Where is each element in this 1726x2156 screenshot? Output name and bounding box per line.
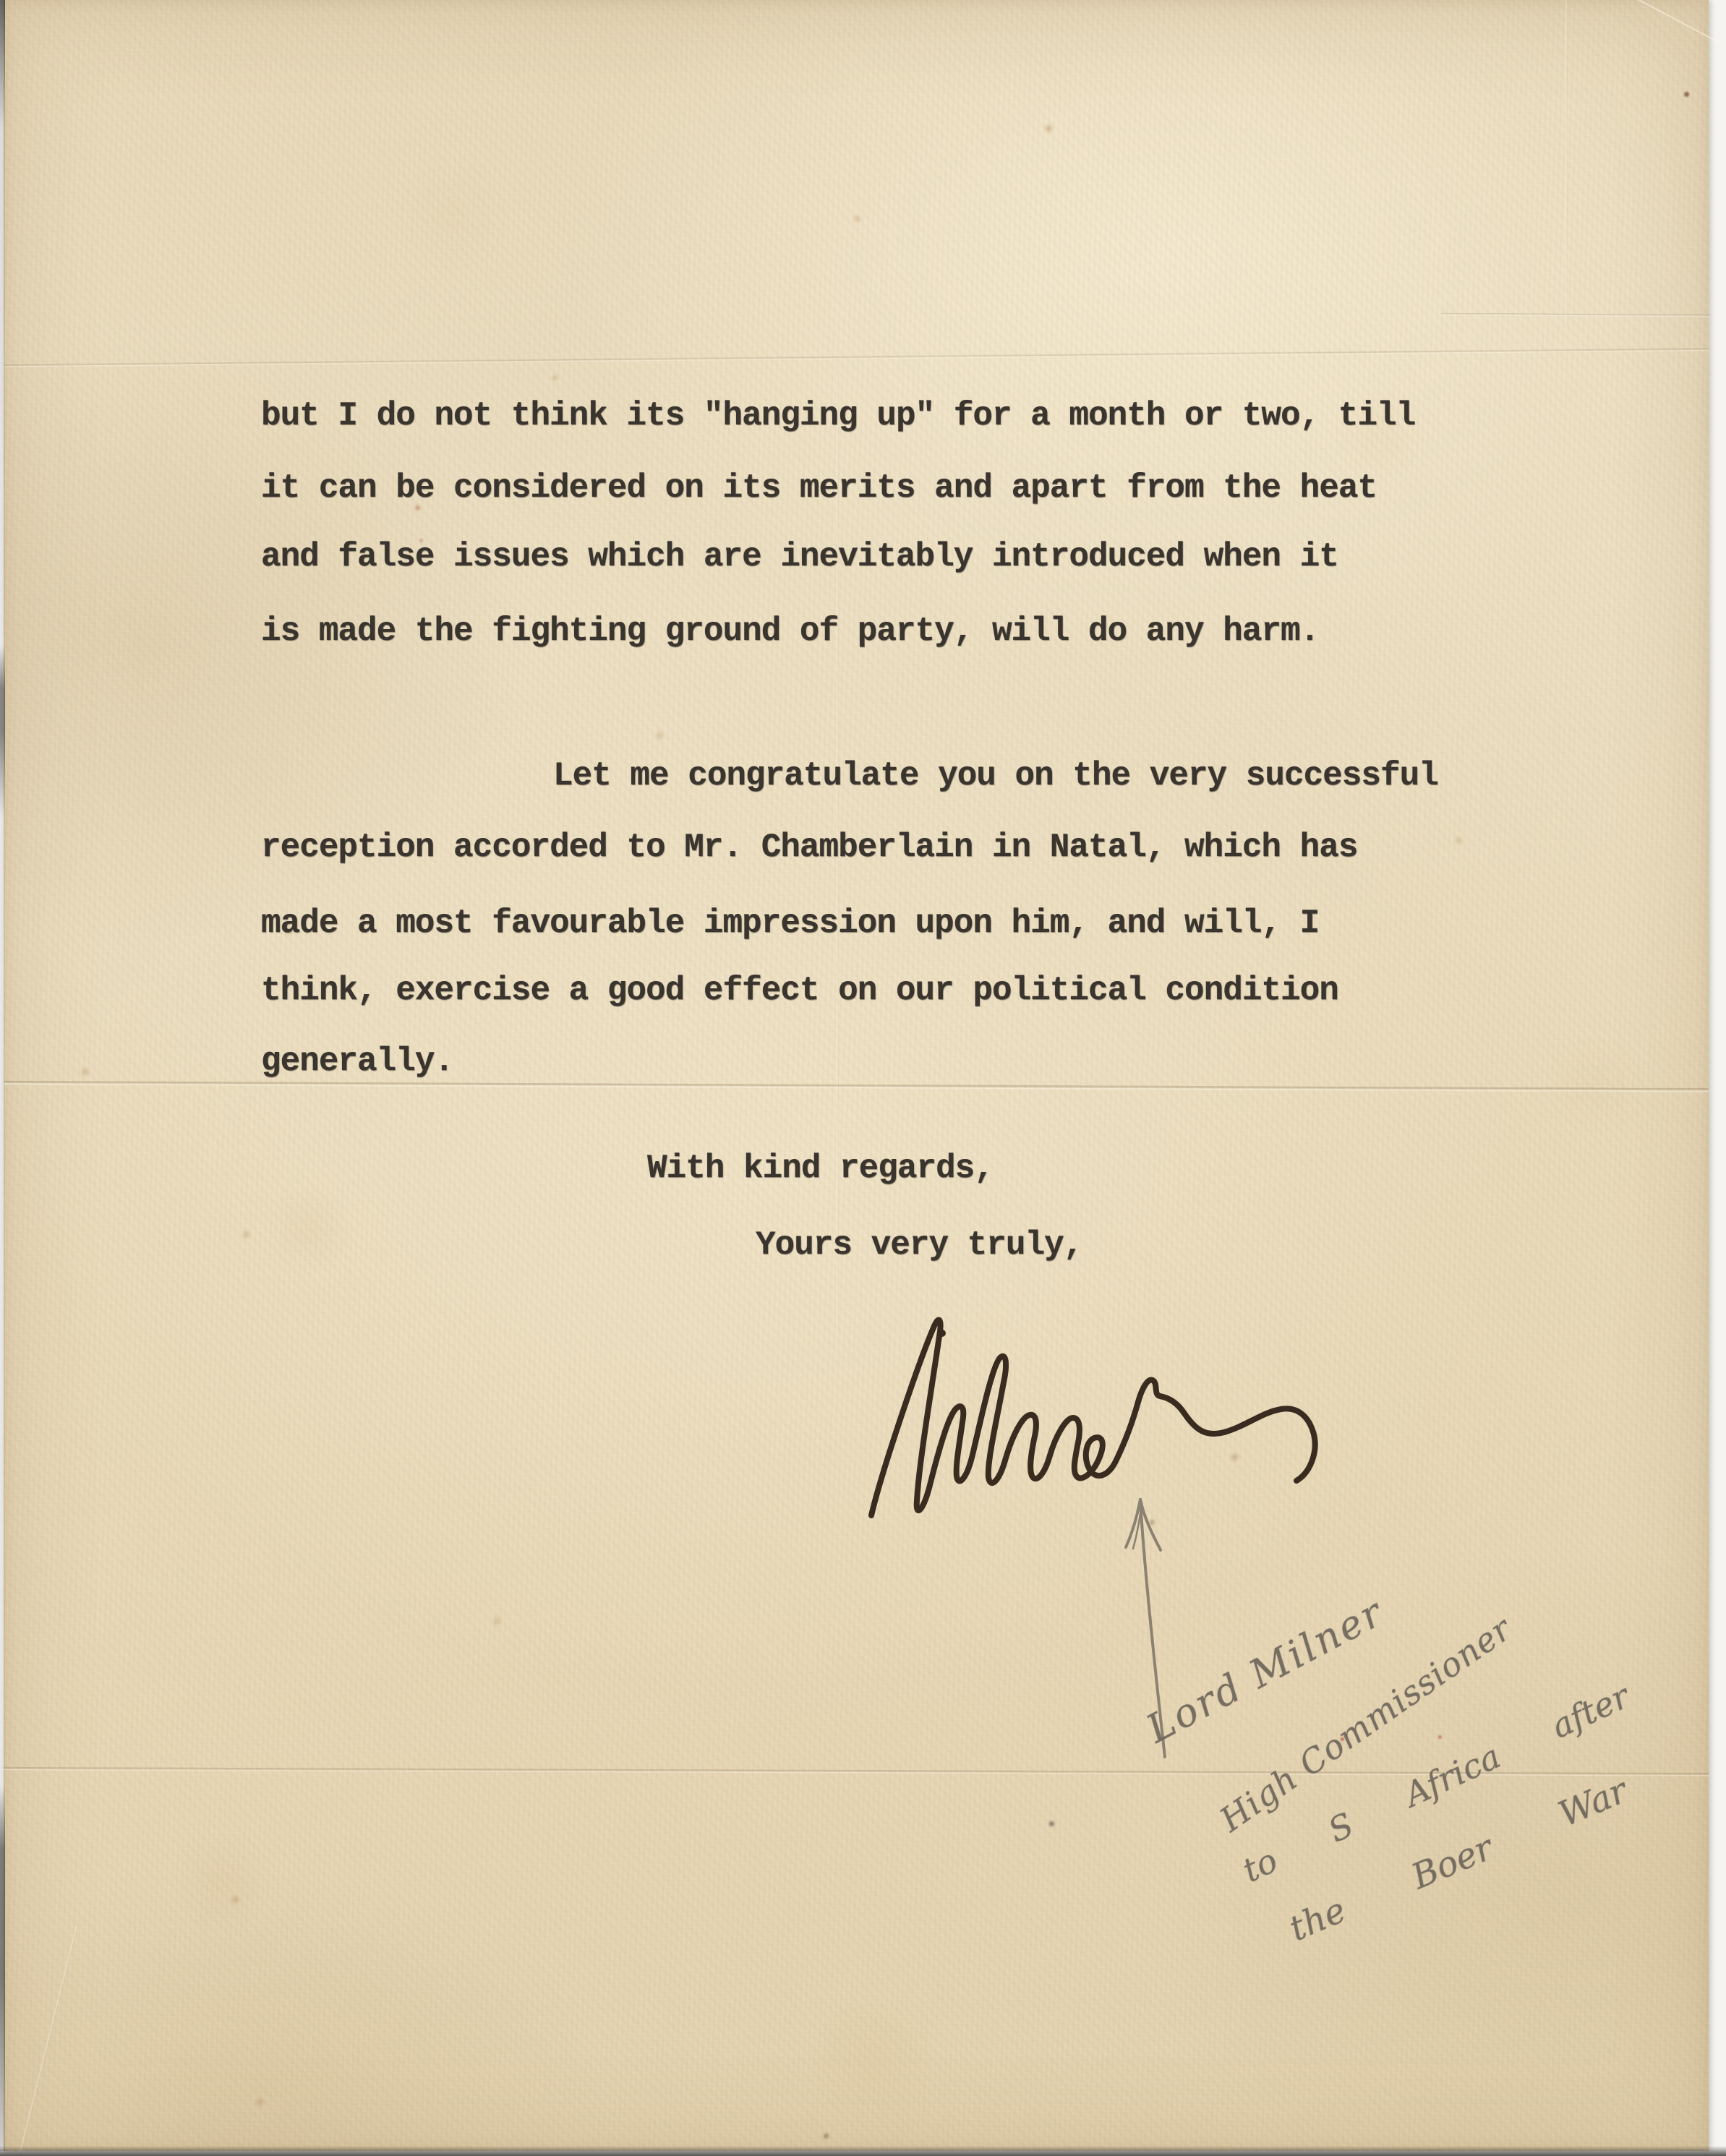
signature-milner-ink — [850, 1294, 1341, 1533]
typed-line-3: and false issues which are inevitably in… — [261, 540, 1338, 573]
annotation-line-4: the Boer War — [1283, 1771, 1633, 1949]
vertical-crease-lower — [560, 1099, 562, 1562]
typed-line-6: reception accorded to Mr. Chamberlain in… — [261, 831, 1357, 864]
tear-line-top-right — [1441, 313, 1710, 317]
letter-scan: but I do not think its "hanging up" for … — [4, 0, 1709, 2151]
closing-valediction: Yours very truly, — [756, 1228, 1082, 1262]
typed-line-2: it can be considered on its merits and a… — [261, 471, 1377, 505]
typed-line-7: made a most favourable impression upon h… — [261, 907, 1319, 940]
fold-crease-middle — [4, 1081, 1709, 1092]
fold-crease-top — [4, 348, 1709, 368]
vertical-crease-top — [1565, 0, 1568, 324]
typed-line-5: Let me congratulate you on the very succ… — [553, 759, 1438, 792]
typed-line-8: think, exercise a good effect on our pol… — [261, 974, 1338, 1007]
closing-regards: With kind regards, — [647, 1152, 994, 1185]
corner-crease-bottom-left — [18, 1927, 78, 2156]
scan-edge-bottom — [0, 2146, 1726, 2156]
corner-crease-top-right — [1605, 0, 1726, 64]
typed-line-9: generally. — [261, 1045, 453, 1078]
typed-line-1: but I do not think its "hanging up" for … — [261, 399, 1415, 432]
typed-line-4: is made the fighting ground of party, wi… — [261, 615, 1319, 648]
scan-edge-left — [0, 0, 5, 2151]
